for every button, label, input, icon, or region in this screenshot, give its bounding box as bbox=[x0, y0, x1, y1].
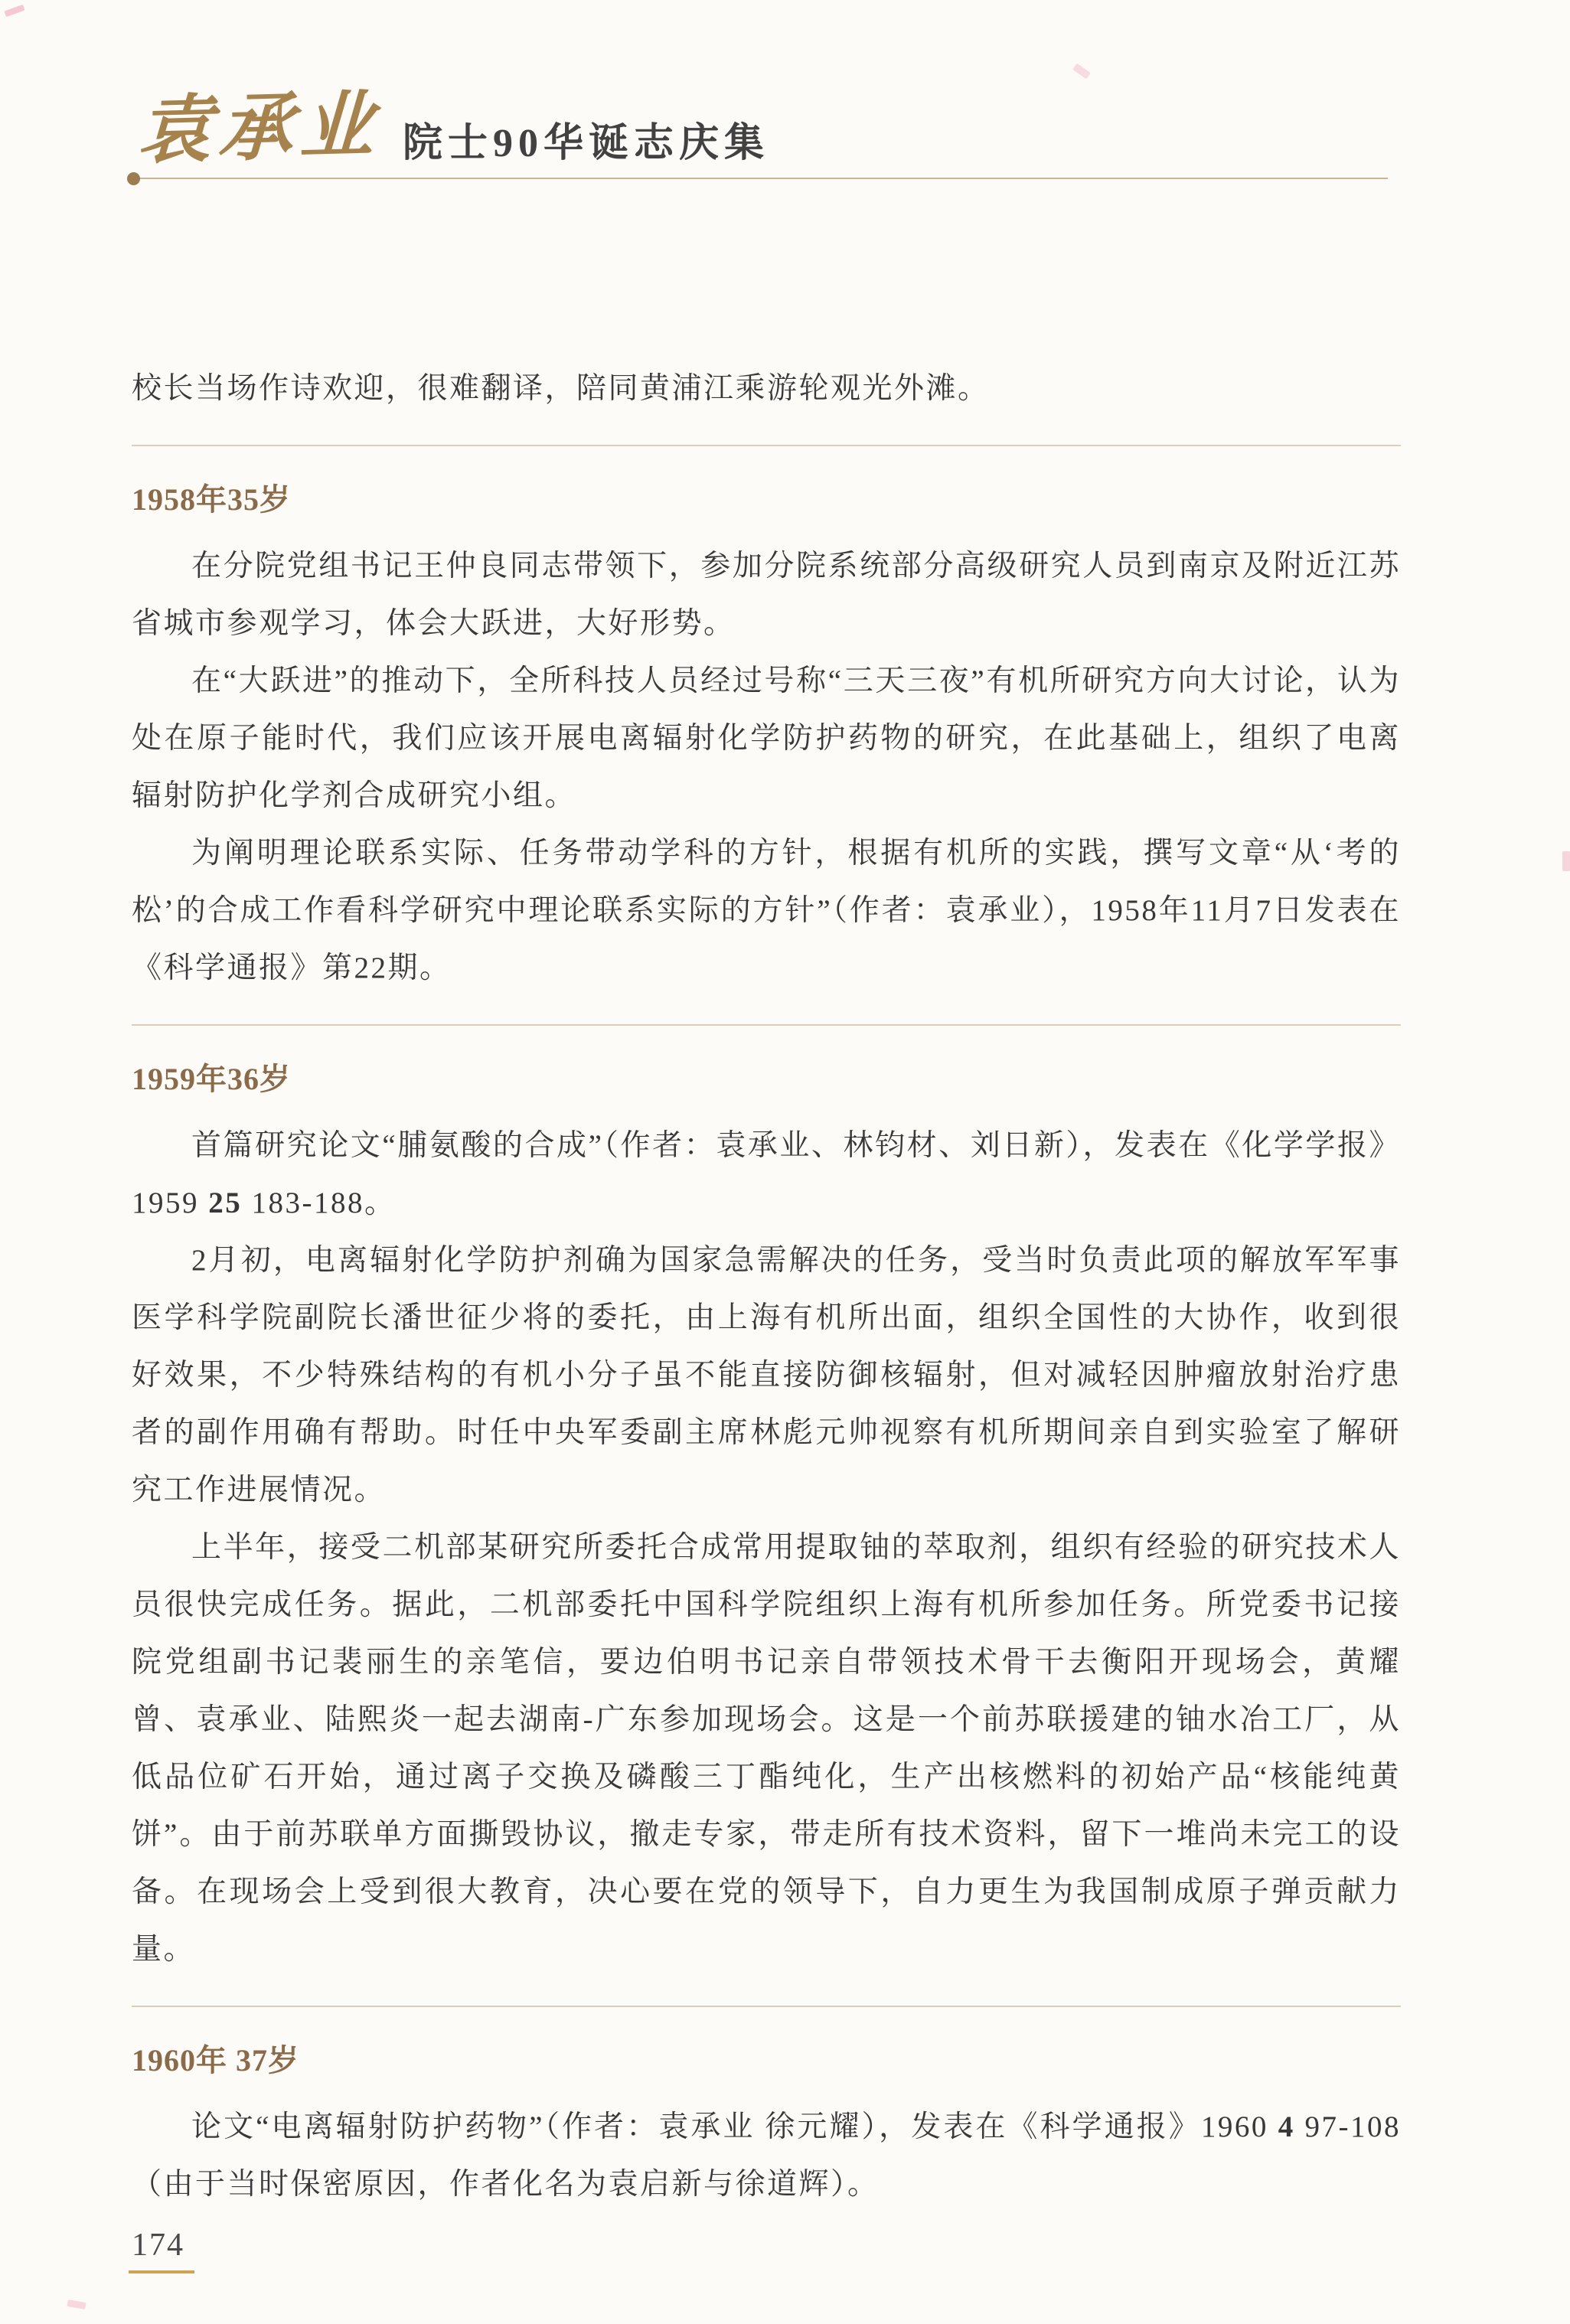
page-number: 174 bbox=[132, 2226, 184, 2264]
page-number-underline bbox=[129, 2270, 194, 2273]
chronology-sections: 1958年35岁 在分院党组书记王仲良同志带领下，参加分院系统部分高级研究人员到… bbox=[132, 445, 1401, 2213]
section-divider bbox=[132, 445, 1401, 446]
scan-speck bbox=[1072, 64, 1091, 80]
section-divider bbox=[132, 1024, 1401, 1026]
header-rule-dot bbox=[127, 172, 140, 185]
section-paragraphs: 在分院党组书记王仲良同志带领下，参加分院系统部分高级研究人员到南京及附近江苏省城… bbox=[132, 537, 1401, 997]
section-paragraphs: 首篇研究论文“脯氨酸的合成”（作者：袁承业、林钧材、刘日新），发表在《化学学报》… bbox=[132, 1117, 1401, 1978]
header-subtitle: 院士90华诞志庆集 bbox=[403, 121, 769, 175]
header-rule bbox=[130, 178, 1388, 179]
scan-speck bbox=[4, 5, 24, 17]
body-paragraph: 为阐明理论联系实际、任务带动学科的方针，根据有机所的实践，撰写文章“从‘考的松’… bbox=[132, 824, 1401, 997]
journal-volume-number: 25 bbox=[208, 1186, 242, 1219]
year-section: 1958年35岁 在分院党组书记王仲良同志带领下，参加分院系统部分高级研究人员到… bbox=[132, 445, 1401, 997]
scan-speck bbox=[67, 2300, 86, 2309]
section-paragraphs: 论文“电离辐射防护药物”（作者：袁承业 徐元耀），发表在《科学通报》1960 4… bbox=[132, 2098, 1401, 2213]
section-divider bbox=[132, 2006, 1401, 2007]
book-page: 袁承业院士90华诞志庆集 校长当场作诗欢迎，很难翻译，陪同黄浦江乘游轮观光外滩。… bbox=[0, 0, 1570, 2324]
body-paragraph: 在“大跃进”的推动下，全所科技人员经过号称“三天三夜”有机所研究方向大讨论，认为… bbox=[132, 652, 1401, 824]
page-content: 校长当场作诗欢迎，很难翻译，陪同黄浦江乘游轮观光外滩。 1958年35岁 在分院… bbox=[132, 360, 1401, 2213]
year-section: 1959年36岁 首篇研究论文“脯氨酸的合成”（作者：袁承业、林钧材、刘日新），… bbox=[132, 1024, 1401, 1978]
section-heading: 1958年35岁 bbox=[132, 479, 1401, 521]
author-calligraphy-logo: 袁承业 bbox=[135, 80, 383, 178]
body-paragraph: 首篇研究论文“脯氨酸的合成”（作者：袁承业、林钧材、刘日新），发表在《化学学报》… bbox=[132, 1117, 1401, 1232]
body-paragraph: 论文“电离辐射防护药物”（作者：袁承业 徐元耀），发表在《科学通报》1960 4… bbox=[132, 2098, 1401, 2213]
year-section: 1960年 37岁 论文“电离辐射防护药物”（作者：袁承业 徐元耀），发表在《科… bbox=[132, 2006, 1401, 2213]
section-heading: 1959年36岁 bbox=[132, 1059, 1401, 1100]
scan-speck bbox=[1562, 851, 1570, 871]
body-paragraph: 2月初，电离辐射化学防护剂确为国家急需解决的任务，受当时负责此项的解放军军事医学… bbox=[132, 1232, 1401, 1519]
section-heading: 1960年 37岁 bbox=[132, 2040, 1401, 2081]
page-header: 袁承业院士90华诞志庆集 bbox=[138, 83, 1401, 182]
journal-volume-number: 4 bbox=[1278, 2110, 1295, 2143]
body-paragraph: 上半年，接受二机部某研究所委托合成常用提取铀的萃取剂，组织有经验的研究技术人员很… bbox=[132, 1519, 1401, 1978]
intro-paragraph: 校长当场作诗欢迎，很难翻译，陪同黄浦江乘游轮观光外滩。 bbox=[132, 360, 1401, 417]
body-paragraph: 在分院党组书记王仲良同志带领下，参加分院系统部分高级研究人员到南京及附近江苏省城… bbox=[132, 537, 1401, 652]
